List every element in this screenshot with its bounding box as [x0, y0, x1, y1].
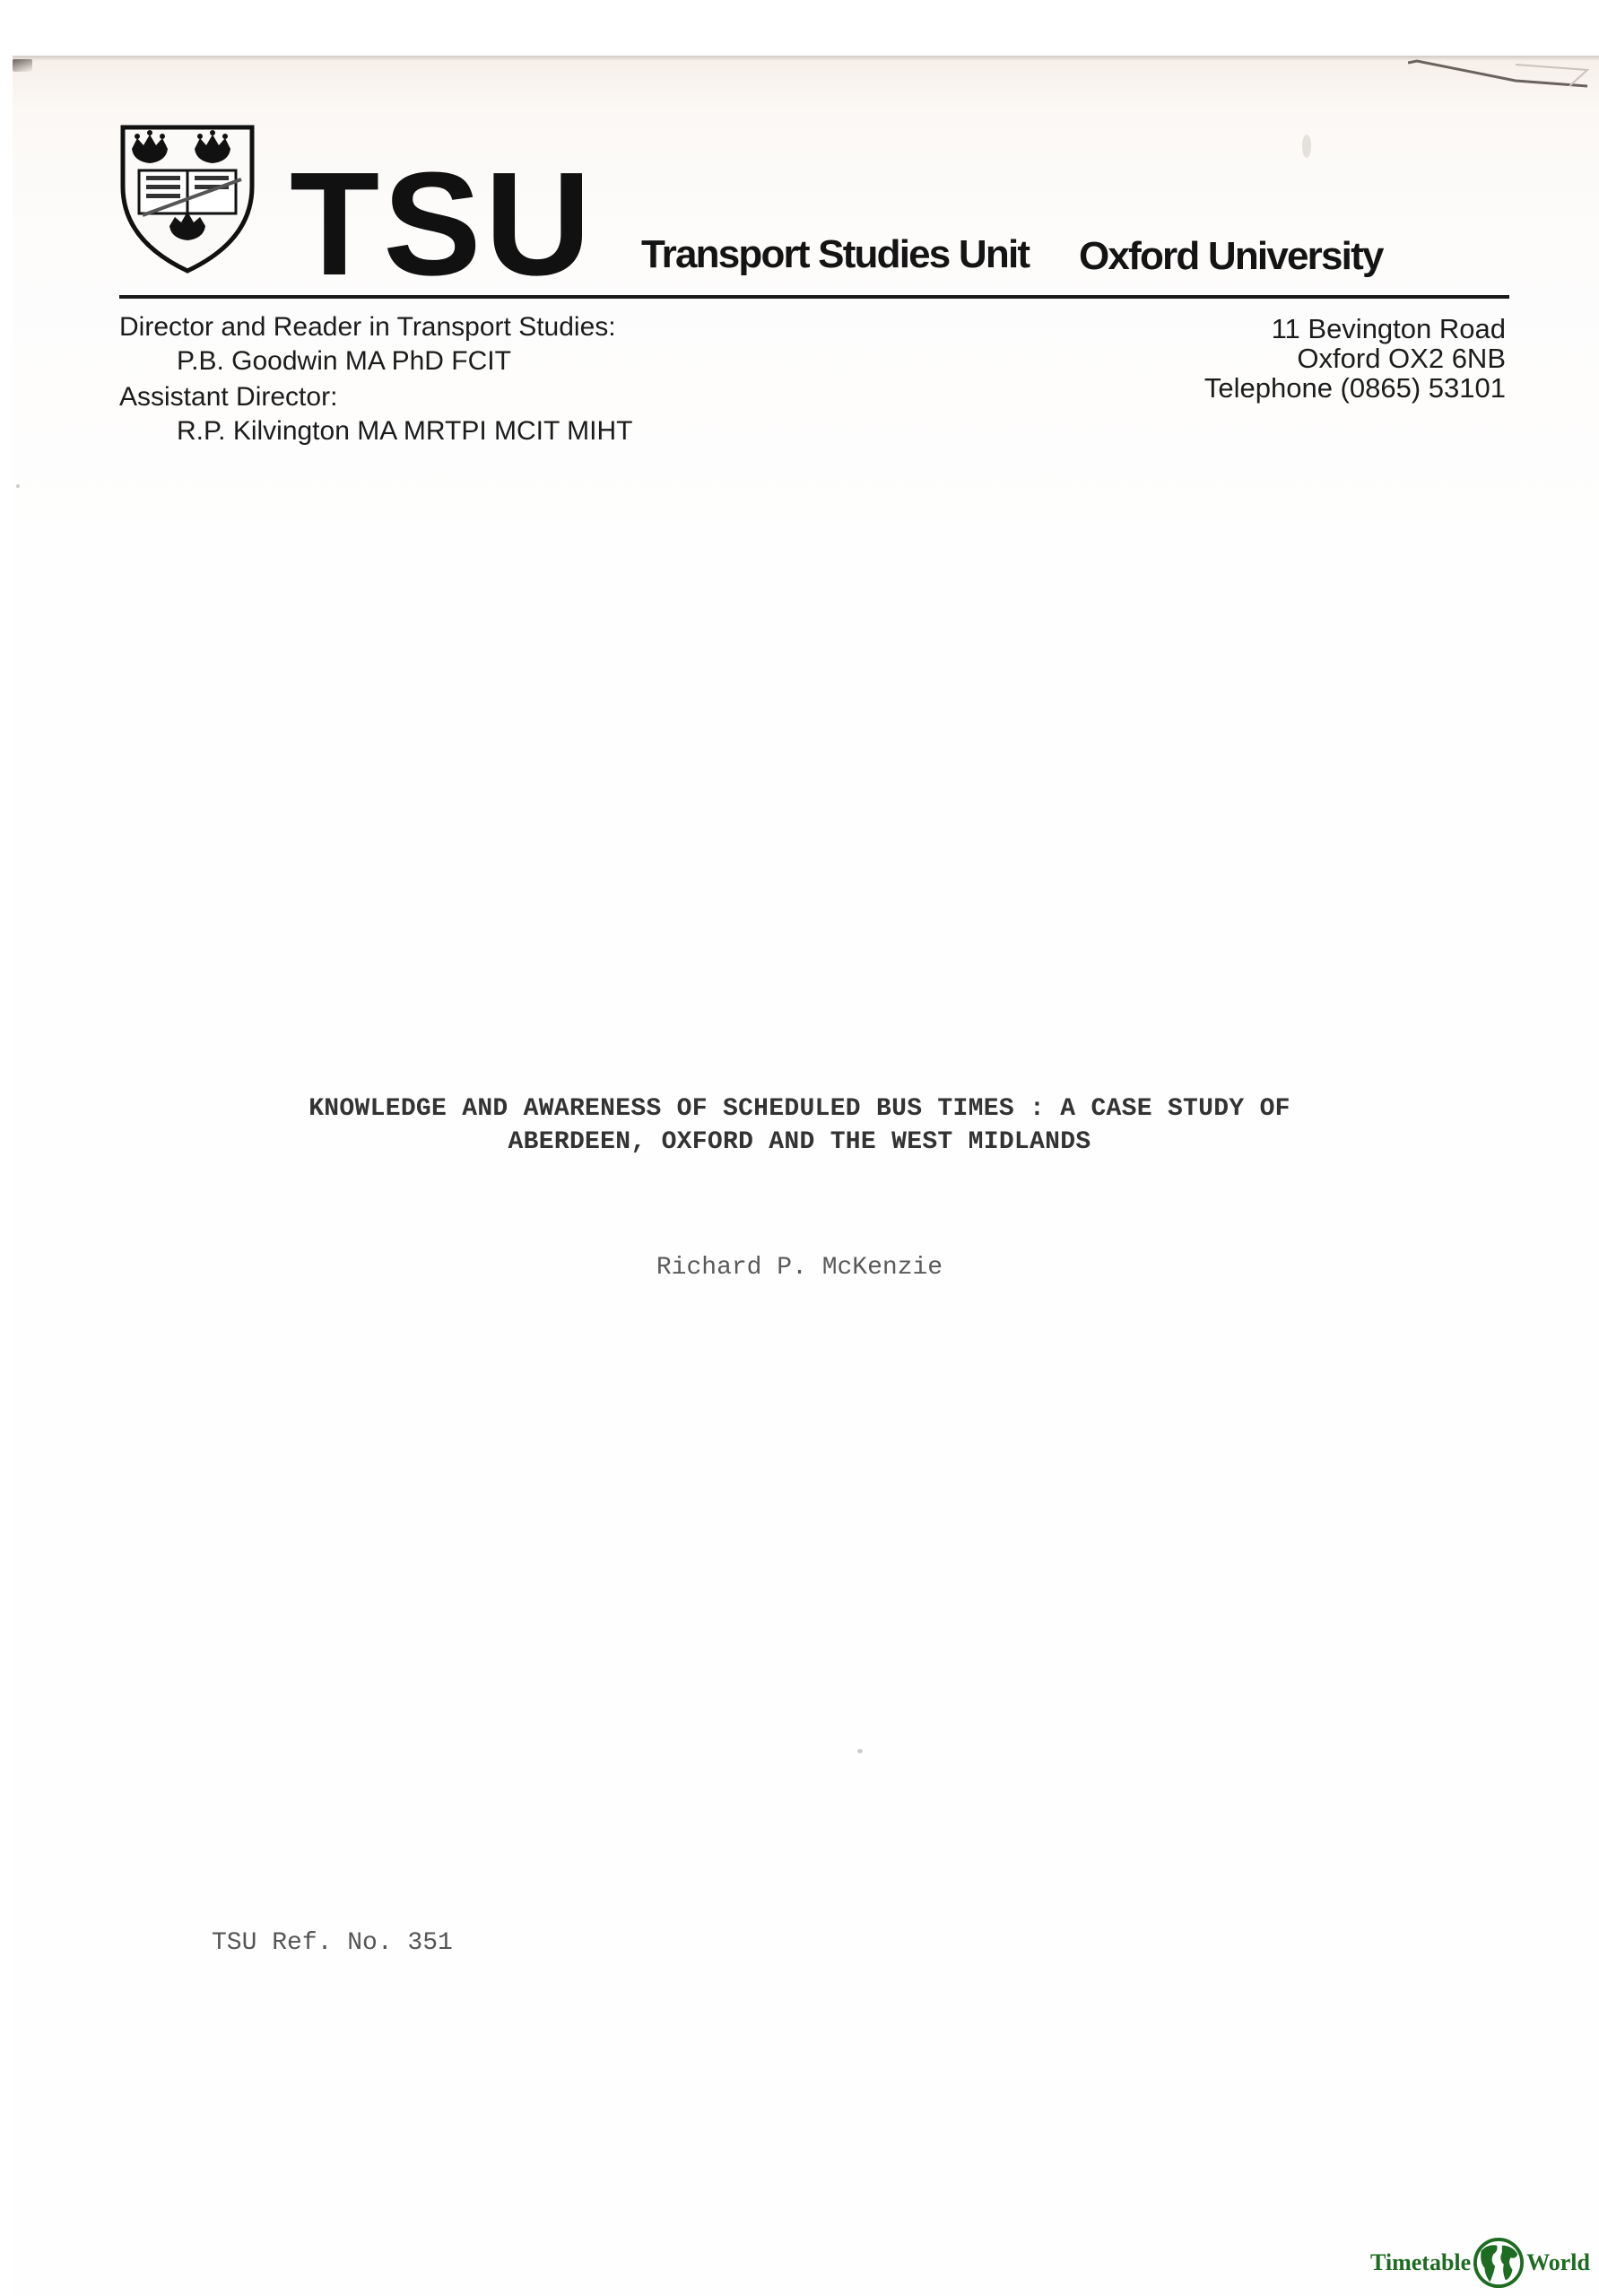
assistant-director-name: R.P. Kilvington MA MRTPI MCIT MIHT	[119, 414, 632, 448]
address-telephone: Telephone (0865) 53101	[1204, 373, 1506, 403]
address-city: Oxford OX2 6NB	[1204, 344, 1506, 373]
header-rule	[119, 295, 1509, 299]
timetable-world-watermark: Timetable World	[1370, 2237, 1590, 2289]
document-author: Richard P. McKenzie	[0, 1254, 1599, 1282]
document-title: KNOWLEDGE AND AWARENESS OF SCHEDULED BUS…	[0, 1092, 1599, 1159]
staff-list: Director and Reader in Transport Studies…	[119, 310, 632, 448]
paper-edge-shadow	[13, 56, 1599, 61]
assistant-director-role: Assistant Director:	[119, 380, 632, 414]
title-line-1: KNOWLEDGE AND AWARENESS OF SCHEDULED BUS…	[0, 1092, 1599, 1126]
address-block: 11 Bevington Road Oxford OX2 6NB Telepho…	[1204, 314, 1506, 403]
title-line-2: ABERDEEN, OXFORD AND THE WEST MIDLANDS	[0, 1126, 1599, 1159]
corner-fold-mark	[1408, 59, 1599, 95]
corner-scan-mark	[13, 59, 32, 72]
oxford-crest-icon	[119, 124, 256, 274]
address-street: 11 Bevington Road	[1204, 314, 1506, 344]
watermark-right-text: World	[1526, 2249, 1590, 2276]
watermark-left-text: Timetable	[1370, 2249, 1471, 2276]
director-name: P.B. Goodwin MA PhD FCIT	[119, 344, 632, 378]
director-role: Director and Reader in Transport Studies…	[119, 310, 632, 344]
unit-name: Transport Studies Unit	[641, 235, 1029, 274]
university-name: Oxford University	[1079, 237, 1383, 276]
scan-speck	[16, 484, 20, 488]
scan-speck	[1302, 135, 1311, 158]
tsu-logo: TSU	[290, 151, 595, 298]
globe-icon	[1473, 2237, 1525, 2289]
document-reference: TSU Ref. No. 351	[212, 1929, 453, 1957]
scan-speck	[857, 1749, 863, 1753]
